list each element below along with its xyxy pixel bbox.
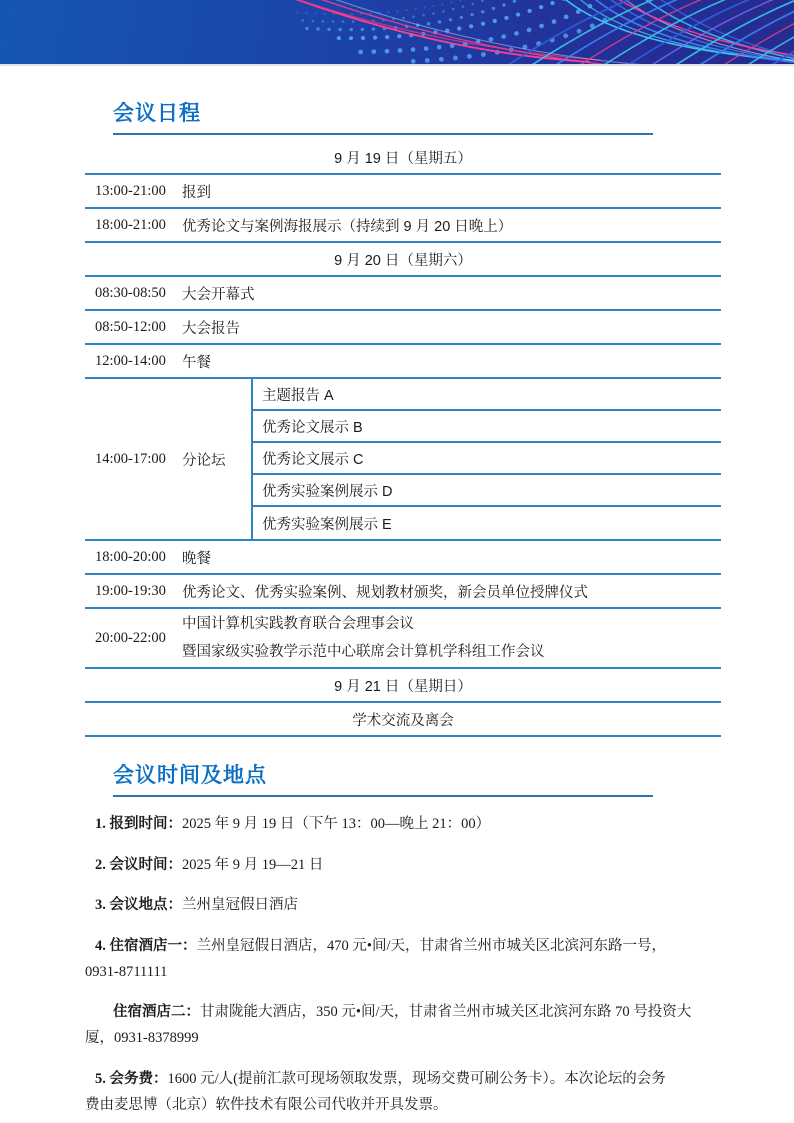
venue-item: 3. 会议地点：兰州皇冠假日酒店 (85, 892, 721, 918)
time-cell: 18:00-21:00 (85, 217, 182, 234)
schedule-row: 08:50-12:00 大会报告 (85, 311, 721, 345)
subsession-row: 主题报告 A (253, 379, 721, 411)
date-header-row: 9 月 21 日（星期日） (85, 669, 721, 703)
item-label: 住宿酒店二： (113, 1004, 200, 1020)
subsession-row: 优秀论文展示 B (253, 411, 721, 443)
venue-item: 1. 报到时间：2025 年 9 月 19 日（下午 13：00—晚上 21：0… (85, 811, 721, 837)
document-page: 会议日程 9 月 19 日（星期五） 13:00-21:00 报到 18:00-… (0, 0, 794, 1118)
date-header-row: 9 月 20 日（星期六） (85, 243, 721, 277)
schedule-row: 13:00-21:00 报到 (85, 175, 721, 209)
activity-cell: 学术交流及离会 (352, 709, 454, 730)
subsession-row: 优秀实验案例展示 E (253, 507, 721, 539)
subsession-row: 优秀实验案例展示 D (253, 475, 721, 507)
time-cell: 20:00-22:00 (85, 630, 182, 647)
time-cell: 14:00-17:00 (85, 451, 182, 468)
venue-section-title: 会议时间及地点 (113, 759, 653, 797)
forum-left-cell: 14:00-17:00 分论坛 (85, 379, 253, 539)
schedule-section-title: 会议日程 (113, 97, 653, 135)
time-cell: 12:00-14:00 (85, 353, 182, 370)
activity-cell: 大会开幕式 (182, 283, 255, 304)
item-text: 兰州皇冠假日酒店 (182, 897, 298, 913)
item-number: 1. (95, 816, 106, 832)
activity-cell: 午餐 (182, 351, 211, 372)
item-text: 1600 元/人(提前汇款可现场领取发票，现场交费可刷公务卡）。本次论坛的会务 … (85, 1071, 666, 1113)
item-number: 3. (95, 897, 106, 913)
activity-cell: 中国计算机实践教育联合会理事会议 暨国家级实验教学示范中心联席会计算机学科组工作… (182, 610, 545, 666)
item-text: 2025 年 9 月 19—21 日 (182, 857, 323, 873)
item-label: 会议时间： (110, 857, 183, 873)
time-cell: 08:30-08:50 (85, 285, 182, 302)
activity-line: 暨国家级实验教学示范中心联席会计算机学科组工作会议 (182, 638, 545, 666)
time-cell: 08:50-12:00 (85, 319, 182, 336)
venue-info-list: 1. 报到时间：2025 年 9 月 19 日（下午 13：00—晚上 21：0… (85, 811, 721, 1118)
activity-line: 中国计算机实践教育联合会理事会议 (182, 610, 545, 638)
page-content: 会议日程 9 月 19 日（星期五） 13:00-21:00 报到 18:00-… (0, 97, 794, 1118)
forum-subsessions: 主题报告 A 优秀论文展示 B 优秀论文展示 C 优秀实验案例展示 D 优秀实验… (253, 379, 721, 539)
venue-item: 4. 住宿酒店一：兰州皇冠假日酒店，470 元•间/天，甘肃省兰州市城关区北滨河… (85, 933, 721, 985)
activity-cell: 晚餐 (182, 547, 211, 568)
forum-row: 14:00-17:00 分论坛 主题报告 A 优秀论文展示 B 优秀论文展示 C… (85, 379, 721, 541)
item-text: 2025 年 9 月 19 日（下午 13：00—晚上 21：00） (182, 816, 490, 832)
schedule-row: 18:00-21:00 优秀论文与案例海报展示（持续到 9 月 20 日晚上） (85, 209, 721, 243)
activity-cell: 分论坛 (182, 449, 226, 470)
venue-item: 住宿酒店二：甘肃陇能大酒店，350 元•间/天，甘肃省兰州市城关区北滨河东路 7… (85, 999, 721, 1051)
schedule-row: 18:00-20:00 晚餐 (85, 541, 721, 575)
subsession-row: 优秀论文展示 C (253, 443, 721, 475)
activity-cell: 大会报告 (182, 317, 240, 338)
date-label: 9 月 21 日（星期日） (334, 675, 472, 696)
item-number: 2. (95, 857, 106, 873)
item-number: 4. (95, 938, 106, 954)
schedule-row: 学术交流及离会 (85, 703, 721, 737)
item-label: 会议地点： (110, 897, 183, 913)
schedule-row: 20:00-22:00 中国计算机实践教育联合会理事会议 暨国家级实验教学示范中… (85, 609, 721, 669)
venue-item: 5. 会务费：1600 元/人(提前汇款可现场领取发票，现场交费可刷公务卡）。本… (85, 1066, 721, 1118)
date-header-row: 9 月 19 日（星期五） (85, 141, 721, 175)
schedule-row: 19:00-19:30 优秀论文、优秀实验案例、规划教材颁奖，新会员单位授牌仪式 (85, 575, 721, 609)
date-label: 9 月 20 日（星期六） (334, 249, 472, 270)
activity-cell: 报到 (182, 181, 211, 202)
item-label: 报到时间： (110, 816, 183, 832)
activity-cell: 优秀论文与案例海报展示（持续到 9 月 20 日晚上） (182, 215, 512, 236)
time-cell: 18:00-20:00 (85, 549, 182, 566)
item-number: 5. (95, 1071, 106, 1087)
activity-cell: 优秀论文、优秀实验案例、规划教材颁奖，新会员单位授牌仪式 (182, 581, 588, 602)
venue-item: 2. 会议时间：2025 年 9 月 19—21 日 (85, 852, 721, 878)
schedule-table: 9 月 19 日（星期五） 13:00-21:00 报到 18:00-21:00… (85, 141, 721, 737)
schedule-row: 08:30-08:50 大会开幕式 (85, 277, 721, 311)
date-label: 9 月 19 日（星期五） (334, 147, 472, 168)
time-cell: 19:00-19:30 (85, 583, 182, 600)
schedule-row: 12:00-14:00 午餐 (85, 345, 721, 379)
item-label: 会务费： (110, 1071, 168, 1087)
item-label: 住宿酒店一： (110, 938, 197, 954)
header-banner (0, 0, 794, 66)
time-cell: 13:00-21:00 (85, 183, 182, 200)
banner-decoration-graphic (0, 0, 794, 64)
